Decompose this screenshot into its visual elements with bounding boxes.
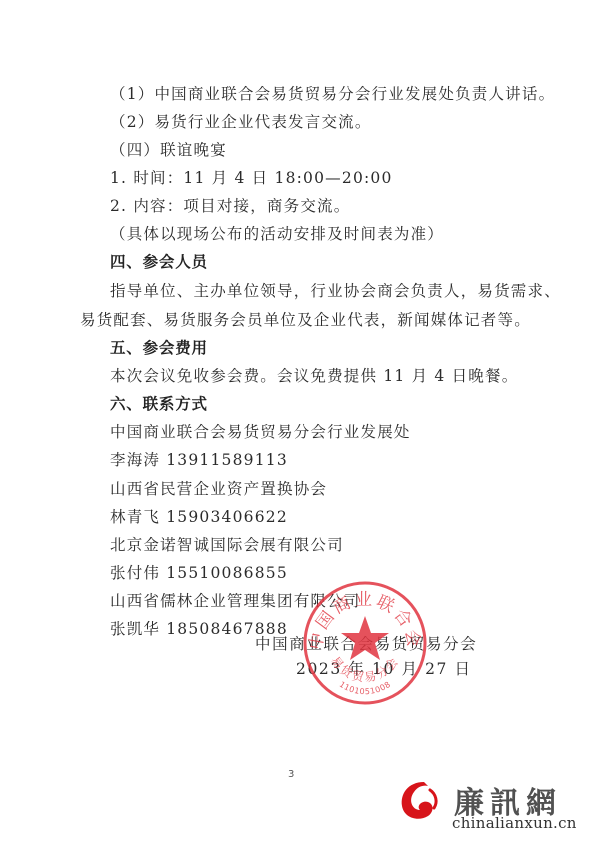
attendees-text-1: 指导单位、主办单位领导，行业协会商会负责人，易货需求、 [110,281,561,301]
contact-org-1: 中国商业联合会易货贸易分会行业发展处 [110,422,411,442]
signature-date: 2023 年 10 月 27 日 [296,659,472,679]
fees-text: 本次会议免收参会费。会议免费提供 11 月 4 日晚餐。 [110,366,518,386]
contact-person-3: 张付伟 15510086855 [110,563,288,583]
subsection-dinner-heading: （四）联谊晚宴 [110,140,227,160]
dinner-time: 1. 时间：11 月 4 日 18:00—20:00 [110,168,393,188]
document-page: （1）中国商业联合会易货贸易分会行业发展处负责人讲话。 （2）易货行业企业代表发… [0,0,600,848]
contact-person-2: 林青飞 15903406622 [110,507,288,527]
contact-org-3: 北京金诺智诚国际会展有限公司 [110,535,344,555]
agenda-item-2: （2）易货行业企业代表发言交流。 [110,112,372,132]
lianxun-logo-icon [394,776,442,824]
contact-org-4: 山西省儒林企业管理集团有限公司 [110,591,361,611]
section-fees-heading: 五、参会费用 [110,338,208,358]
agenda-item-1: （1）中国商业联合会易货贸易分会行业发展处负责人讲话。 [110,84,555,104]
schedule-note: （具体以现场公布的活动安排及时间表为准） [110,224,444,244]
contact-org-2: 山西省民营企业资产置换协会 [110,479,327,499]
seal-serial-text: 1101051008 [338,680,393,697]
attendees-text-2: 易货配套、易货服务会员单位及企业代表，新闻媒体记者等。 [80,310,531,330]
svg-text:1101051008: 1101051008 [338,680,393,697]
watermark-url: chinalianxun.cn [452,814,577,832]
page-number: 3 [288,769,294,780]
site-watermark: 廉訊網 chinalianxun.cn [392,772,600,848]
section-contact-heading: 六、联系方式 [110,394,208,414]
signature-organization: 中国商业联合会易货贸易分会 [255,634,477,654]
section-attendees-heading: 四、参会人员 [110,252,208,272]
dinner-content: 2. 内容：项目对接，商务交流。 [110,196,350,216]
contact-person-1: 李海涛 13911589113 [110,450,288,470]
